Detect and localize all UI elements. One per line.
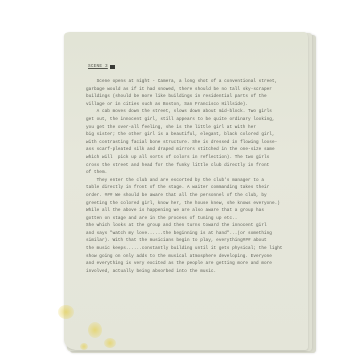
text-line: They enter the club and are escorted by … (86, 177, 298, 185)
paragraph: They enter the club and are escorted by … (86, 177, 298, 276)
text-line: garbage would as if it had snowed, there… (86, 86, 298, 94)
text-line: table directly in front of the stage. A … (86, 184, 298, 192)
paragraph: A cab moves down the street, slows down … (86, 108, 298, 176)
text-line: similar). With that the musicians begin … (86, 237, 298, 245)
yellow-stain (104, 338, 116, 348)
text-line: big sister; the other girl is a beautifu… (86, 131, 298, 139)
paragraph: Scene opens at night - Camera, a long sh… (86, 78, 298, 108)
text-line: get out, the innocent girl, still appear… (86, 116, 298, 124)
text-line: and says "watch my love......the beginni… (86, 230, 298, 238)
text-line: She which looks at the group and then tu… (86, 222, 298, 230)
yellow-stain (80, 343, 88, 350)
yellow-stain (58, 305, 74, 319)
text-line: buildings (should be more like buildings… (86, 93, 298, 101)
scene-header: SCENE 3 (88, 64, 115, 69)
text-line: cross the street and head for the funky … (86, 162, 298, 170)
text-line: A cab moves down the street, slows down … (86, 108, 298, 116)
text-line: of them. (86, 169, 298, 177)
text-line: the music keeps......constantly building… (86, 245, 298, 253)
text-line: with contrasting facial bone structure. … (86, 139, 298, 147)
text-line: Scene opens at night - Camera, a long sh… (86, 78, 298, 86)
text-line: greeting the colored girl, know her, the… (86, 200, 298, 208)
typewritten-body: Scene opens at night - Camera, a long sh… (86, 78, 298, 275)
text-line: involved, actually being absorbed into t… (86, 268, 298, 276)
text-line: you get the over-all feeling, she is the… (86, 124, 298, 132)
text-line: gotten on stage and are in the process o… (86, 215, 298, 223)
text-line: village or in cities such as Boston, San… (86, 101, 298, 109)
text-line: show going on only adds to the musical a… (86, 253, 298, 261)
text-line: which will pick up all sorts of colors i… (86, 154, 298, 162)
scene-label: SCENE 3 (88, 64, 108, 69)
yellow-stain (88, 322, 102, 338)
text-line: While all the above is happening we are … (86, 207, 298, 215)
text-line: order. ### We should be aware that all t… (86, 192, 298, 200)
text-line: ass scarf-pleated silk and draped mirror… (86, 146, 298, 154)
text-line: and everything is very excited as the pe… (86, 260, 298, 268)
typed-strike-mark (110, 65, 115, 69)
